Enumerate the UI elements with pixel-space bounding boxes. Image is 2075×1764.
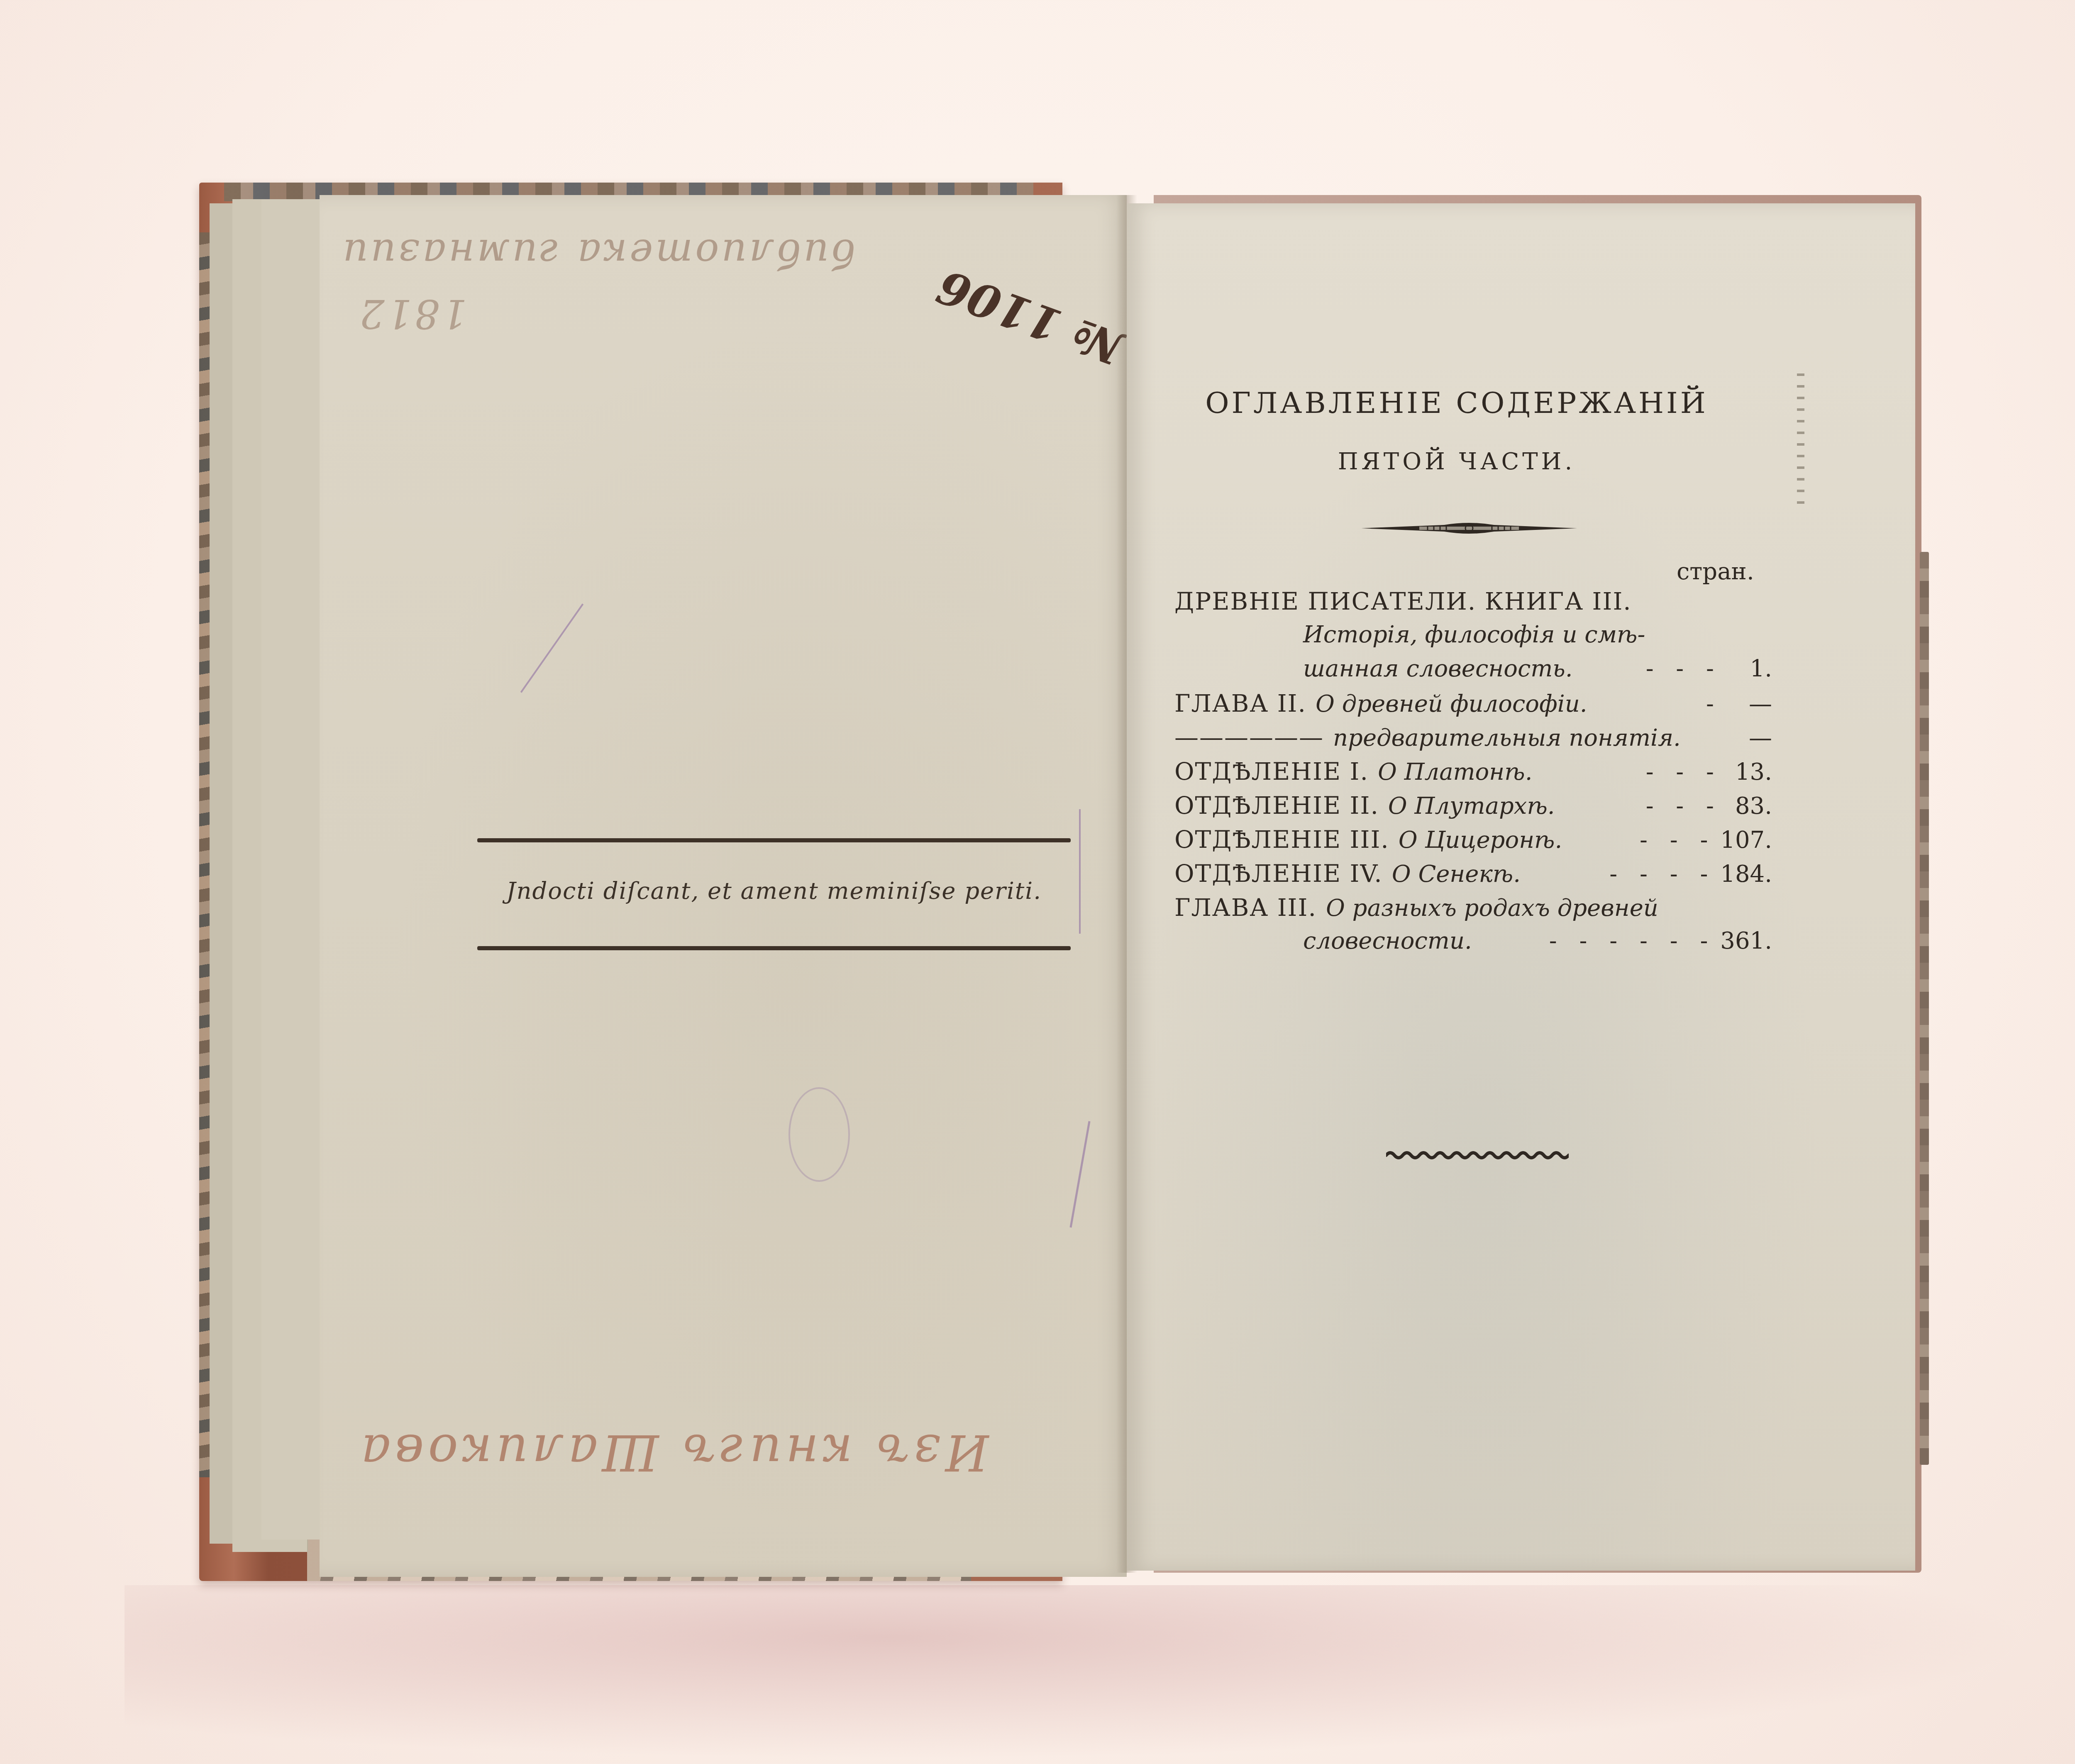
toc-entry-page: 184. [1720,861,1772,888]
toc-entry: ОТДѢЛЕНІЕ II. О Плутархѣ. - - - 83. [1174,791,1772,825]
purple-stamp-mark [788,1087,850,1182]
frayed-cover-edge [1920,552,1929,1465]
toc-entry: ОТДѢЛЕНІЕ I. О Платонѣ. - - - 13. [1174,757,1772,791]
toc-entry-heading: ОТДѢЛЕНІЕ I. [1174,757,1369,786]
toc-entry-title: О Цицеронѣ. [1399,827,1562,854]
toc-entry-title: предварительныя понятія. [1333,725,1681,751]
toc-entry-title: О древней философіи. [1316,690,1587,717]
toc-entry-page: — [1726,725,1772,751]
toc-entry: ОТДѢЛЕНІЕ III. О Цицеронѣ. - - - 107. [1174,825,1772,859]
toc-entry-leader: - - - [1573,655,1726,682]
toc-entry: Исторія, философія и смѣ- [1174,621,1772,655]
toc-entry: ГЛАВА II. О древней философіи. - — [1174,689,1772,723]
toc-entry-heading: —————— [1174,723,1324,751]
table-of-contents: ДРЕВНІЕ ПИСАТЕЛИ. КНИГА III. Исторія, фи… [1174,587,1772,961]
toc-entry-title: О Платонѣ. [1378,759,1533,786]
wavy-tailpiece-icon [1386,1149,1569,1159]
toc-entry-leader: - - - - - - [1472,927,1721,954]
table-shadow [124,1585,2033,1759]
toc-entry-title: О разныхъ родахъ древней [1326,895,1658,922]
toc-entry: —————— предварительныя понятія. — [1174,723,1772,757]
toc-entry-leader: - - - [1562,827,1720,854]
epigraph-rule-bottom [477,946,1071,950]
toc-entry-page: 83. [1726,793,1772,820]
toc-entry: ОТДѢЛЕНІЕ IV. О Сенекѣ. - - - - 184. [1174,859,1772,893]
toc-title: ОГЛАВЛЕНІЕ СОДЕРЖАНІЙ [1174,386,1739,420]
toc-entry-leader: - - - [1555,793,1726,820]
pages-column-label: стран. [1677,558,1754,585]
toc-entry: словесности. - - - - - - 361. [1174,927,1772,961]
ornament-divider-icon [1361,521,1577,536]
toc-entry-title: О Плутархѣ. [1388,793,1555,820]
toc-entry: ГЛАВА III. О разныхъ родахъ древней [1174,893,1772,927]
margin-specks [1797,373,1804,506]
toc-entry-title: словесности. [1303,927,1472,954]
handwritten-inscription-top: библиотека гимназии [340,230,855,276]
toc-entry-page: 13. [1726,759,1772,786]
toc-entry-heading: ГЛАВА III. [1174,893,1317,922]
toc-entry-title: шанная словесность. [1303,655,1573,682]
toc-entry-heading: ОТДѢЛЕНІЕ IV. [1174,859,1383,888]
toc-entry-title: Исторія, философія и смѣ- [1303,621,1645,648]
toc-entry-heading: ДРЕВНІЕ ПИСАТЕЛИ. КНИГА III. [1174,587,1632,615]
toc-entry-title: О Сенекѣ. [1392,861,1521,888]
toc-entry-heading: ОТДѢЛЕНІЕ II. [1174,791,1379,820]
toc-entry-leader: - [1587,690,1726,717]
toc-entry-page: 361. [1720,927,1772,954]
toc-entry: шанная словесность. - - - 1. [1174,655,1772,689]
epigraph-rule-top [477,838,1071,842]
toc-entry: ДРЕВНІЕ ПИСАТЕЛИ. КНИГА III. [1174,587,1772,621]
purple-pencil-mark [1062,809,1081,934]
toc-entry-page: 1. [1726,655,1772,682]
handwritten-inscription-bottom: Изъ книгъ Шаликова [357,1423,989,1481]
handwritten-inscription-year: 1812 [357,290,467,336]
toc-subtitle: ПЯТОЙ ЧАСТИ. [1174,448,1739,475]
epigraph: Jndocti diſcant, et ament meminiſse peri… [477,878,1071,905]
toc-entry-leader: - - - [1532,759,1726,786]
toc-entry-leader: - - - - [1521,861,1720,888]
toc-entry-page: — [1726,690,1772,717]
toc-entry-heading: ОТДѢЛЕНІЕ III. [1174,825,1389,854]
toc-entry-page: 107. [1720,827,1772,854]
toc-entry-heading: ГЛАВА II. [1174,689,1306,717]
